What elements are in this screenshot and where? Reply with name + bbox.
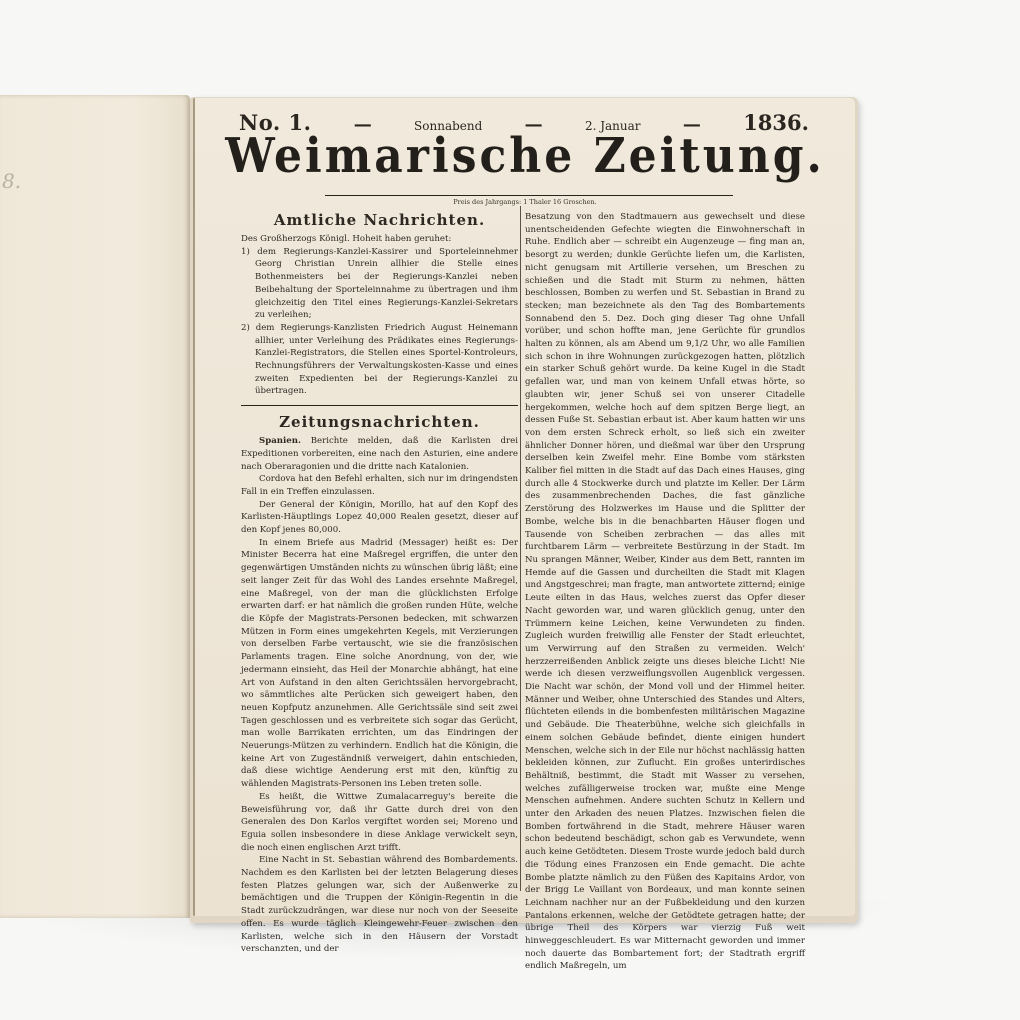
newspaper-page: No. 1. — Sonnabend — 2. Januar — 1836. W… xyxy=(193,98,855,916)
news-paragraph: Cordova hat den Befehl erhalten, sich nu… xyxy=(241,473,518,498)
newspaper-title: Weimarische Zeitung. xyxy=(195,129,855,184)
section-heading-zeitung: Zeitungsnachrichten. xyxy=(241,413,518,431)
left-page: 8. xyxy=(0,95,190,918)
news-continuation: Besatzung von den Stadtmauern aus gewech… xyxy=(525,211,805,973)
news-paragraph: Spanien. Berichte melden, daß die Karlis… xyxy=(241,435,518,473)
amtliche-item: 2) dem Regierungs-Kanzlisten Friedrich A… xyxy=(241,322,518,398)
news-paragraph: In einem Briefe aus Madrid (Messager) he… xyxy=(241,537,518,791)
pencil-mark: 8. xyxy=(2,169,21,193)
column-divider xyxy=(520,206,521,891)
news-paragraph: Es heißt, die Wittwe Zumalacarreguy's be… xyxy=(241,791,518,855)
amtliche-intro: Des Großherzogs Königl. Hoheit haben ger… xyxy=(241,233,518,246)
news-paragraph: Der General der Königin, Morillo, hat au… xyxy=(241,499,518,537)
left-column: Amtliche Nachrichten. Des Großherzogs Kö… xyxy=(241,211,518,956)
section-rule xyxy=(241,405,518,406)
section-heading-amtliche: Amtliche Nachrichten. xyxy=(241,211,518,229)
amtliche-item: 1) dem Regierungs-Kanzlei-Kassirer und S… xyxy=(241,246,518,322)
right-column: Besatzung von den Stadtmauern aus gewech… xyxy=(525,211,805,973)
country-keyword: Spanien. xyxy=(259,436,301,446)
subscription-price: Preis des Jahrgangs: 1 Thaler 16 Grosche… xyxy=(195,198,855,206)
title-rule xyxy=(325,195,733,196)
news-paragraph: Eine Nacht in St. Sebastian während des … xyxy=(241,854,518,956)
